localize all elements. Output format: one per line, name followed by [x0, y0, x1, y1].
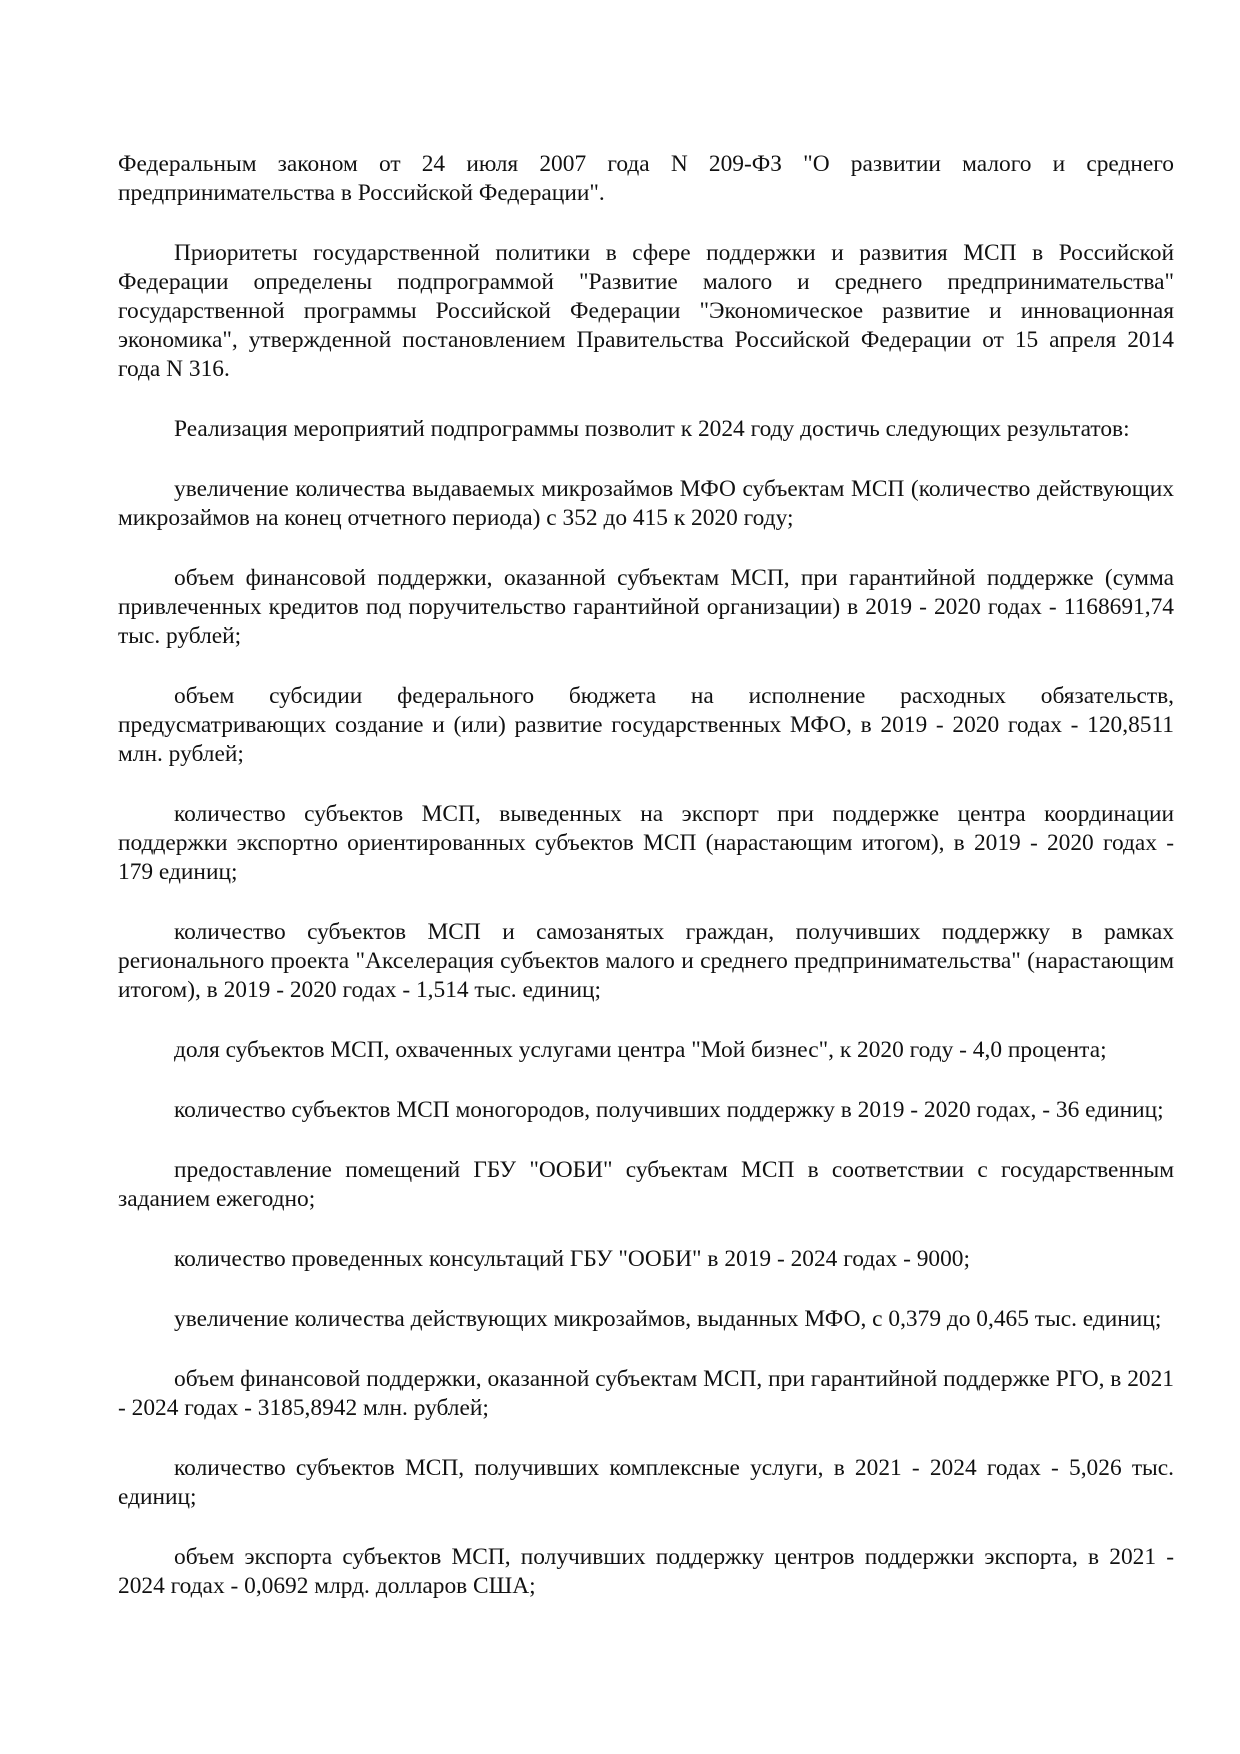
result-item-export-volume: объем экспорта субъектов МСП, получивших… [118, 1543, 1174, 1601]
result-item-monotowns: количество субъектов МСП моногородов, по… [118, 1096, 1174, 1125]
document-page: Федеральным законом от 24 июля 2007 года… [118, 150, 1174, 1632]
result-item-export-entities: количество субъектов МСП, выведенных на … [118, 800, 1174, 887]
result-item-consultations: количество проведенных консультаций ГБУ … [118, 1245, 1174, 1274]
result-item-premises: предоставление помещений ГБУ "ООБИ" субъ… [118, 1156, 1174, 1214]
result-item-federal-subsidy: объем субсидии федерального бюджета на и… [118, 682, 1174, 769]
paragraph-results-intro: Реализация мероприятий подпрограммы позв… [118, 415, 1174, 444]
result-item-microloans: увеличение количества выдаваемых микроза… [118, 475, 1174, 533]
result-item-guarantee-support-2019-2020: объем финансовой поддержки, оказанной су… [118, 564, 1174, 651]
result-item-guarantee-support-2021-2024: объем финансовой поддержки, оказанной су… [118, 1365, 1174, 1423]
result-item-acceleration-project: количество субъектов МСП и самозанятых г… [118, 918, 1174, 1005]
paragraph-law-reference: Федеральным законом от 24 июля 2007 года… [118, 150, 1174, 208]
paragraph-policy-priorities: Приоритеты государственной политики в сф… [118, 239, 1174, 384]
result-item-my-business-share: доля субъектов МСП, охваченных услугами … [118, 1036, 1174, 1065]
result-item-active-microloans: увеличение количества действующих микроз… [118, 1305, 1174, 1334]
result-item-complex-services: количество субъектов МСП, получивших ком… [118, 1454, 1174, 1512]
